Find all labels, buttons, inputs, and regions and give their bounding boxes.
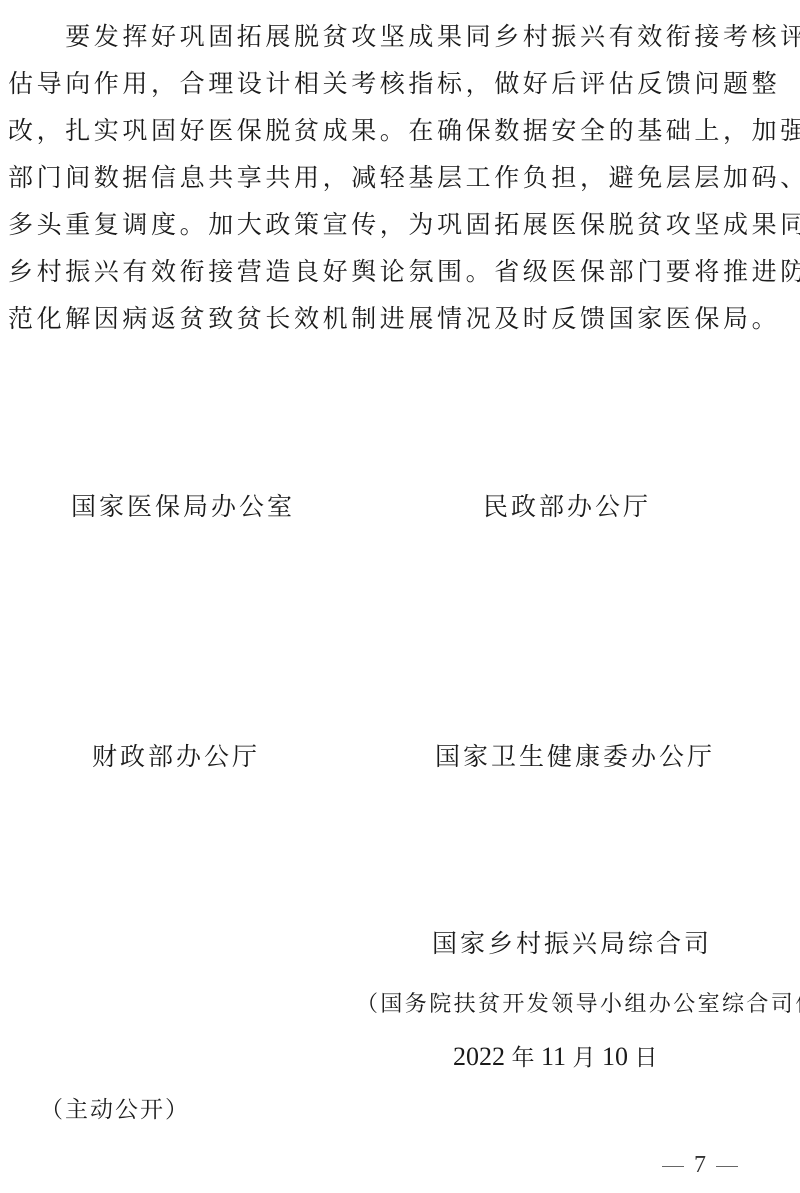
body-text-line: 多头重复调度。加大政策宣传，为巩固拓展医保脱贫攻坚成果同 [8,205,788,245]
date-day-unit: 日 [635,1045,658,1071]
body-text-line: 部门间数据信息共享共用，减轻基层工作负担，避免层层加码、 [8,158,788,198]
body-text-line: 要发挥好巩固拓展脱贫攻坚成果同乡村振兴有效衔接考核评 [8,17,788,57]
body-text-line: 范化解因病返贫致贫长效机制进展情况及时反馈国家医保局。 [8,299,788,339]
body-text-line: 乡村振兴有效衔接营造良好舆论氛围。省级医保部门要将推进防 [8,252,788,292]
date-year: 2022 [453,1042,505,1071]
date-month: 11 [541,1042,566,1071]
signatory-nhsa-office: 国家医保局办公室 [71,489,295,525]
document-date: 2022 年 11 月 10 日 [453,1039,658,1076]
body-text-line: 改，扎实巩固好医保脱贫成果。在确保数据安全的基础上，加强 [8,111,788,151]
date-month-unit: 月 [573,1045,596,1071]
page-number: 7 [652,1150,748,1180]
page-number-value: 7 [694,1152,706,1178]
signatory-finance: 财政部办公厅 [92,739,260,775]
signatory-seal-note: （国务院扶贫开发领导小组办公室综合司代章） [356,988,800,1022]
signatory-civil-affairs: 民政部办公厅 [483,489,651,525]
signatory-health-commission: 国家卫生健康委办公厅 [435,739,715,775]
disclosure-label: （主动公开） [40,1093,190,1127]
date-day: 10 [602,1042,628,1071]
date-year-unit: 年 [512,1045,535,1071]
signatory-rural-revitalization: 国家乡村振兴局综合司 [432,926,712,962]
body-text-line: 估导向作用，合理设计相关考核指标，做好后评估反馈问题整 [8,64,788,104]
dash-left [662,1166,684,1167]
document-page: 要发挥好巩固拓展脱贫攻坚成果同乡村振兴有效衔接考核评 估导向作用，合理设计相关考… [0,0,800,1193]
dash-right [716,1166,738,1167]
